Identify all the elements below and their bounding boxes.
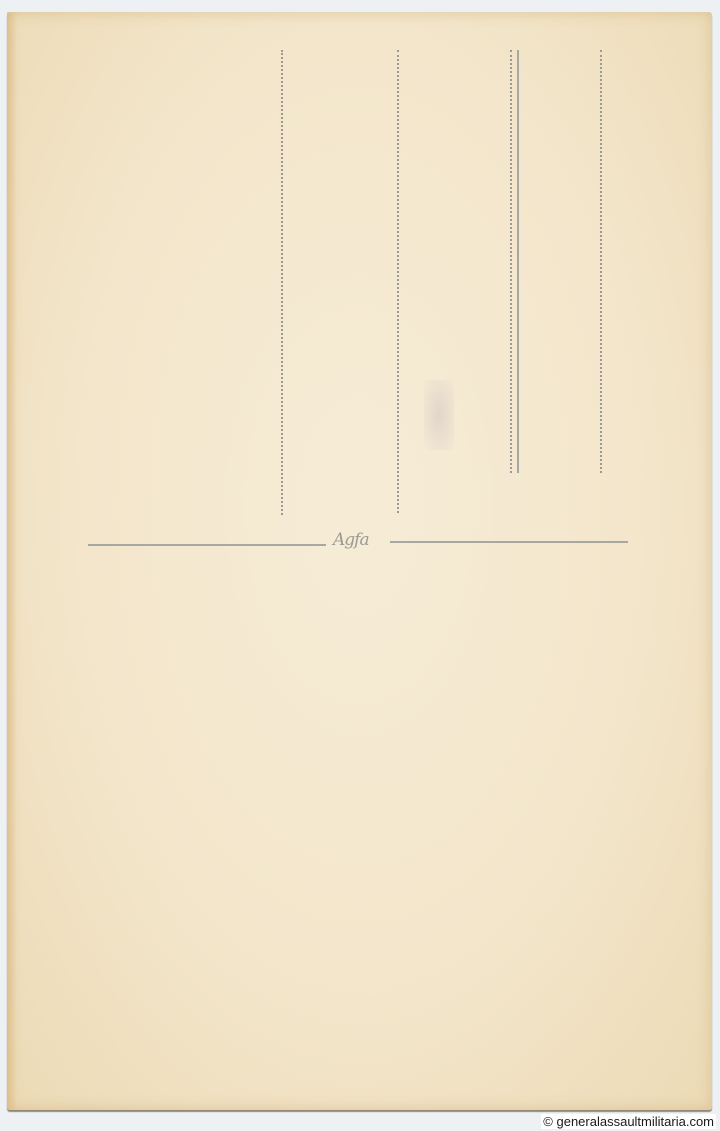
copyright-watermark: © generalassaultmilitaria.com <box>541 1114 716 1129</box>
divider-line-dotted-1 <box>281 50 283 515</box>
postcard-back <box>7 12 712 1110</box>
horizontal-rule-right <box>390 541 628 543</box>
horizontal-rule-left <box>88 544 326 546</box>
stamp-box-line-dotted-left <box>510 50 512 473</box>
stain-mark <box>424 380 454 450</box>
stamp-box-line-solid <box>517 50 519 473</box>
stamp-box-line-dotted-right <box>600 50 602 473</box>
agfa-logo: Agfa <box>333 530 369 550</box>
divider-line-dotted-2 <box>397 50 399 513</box>
